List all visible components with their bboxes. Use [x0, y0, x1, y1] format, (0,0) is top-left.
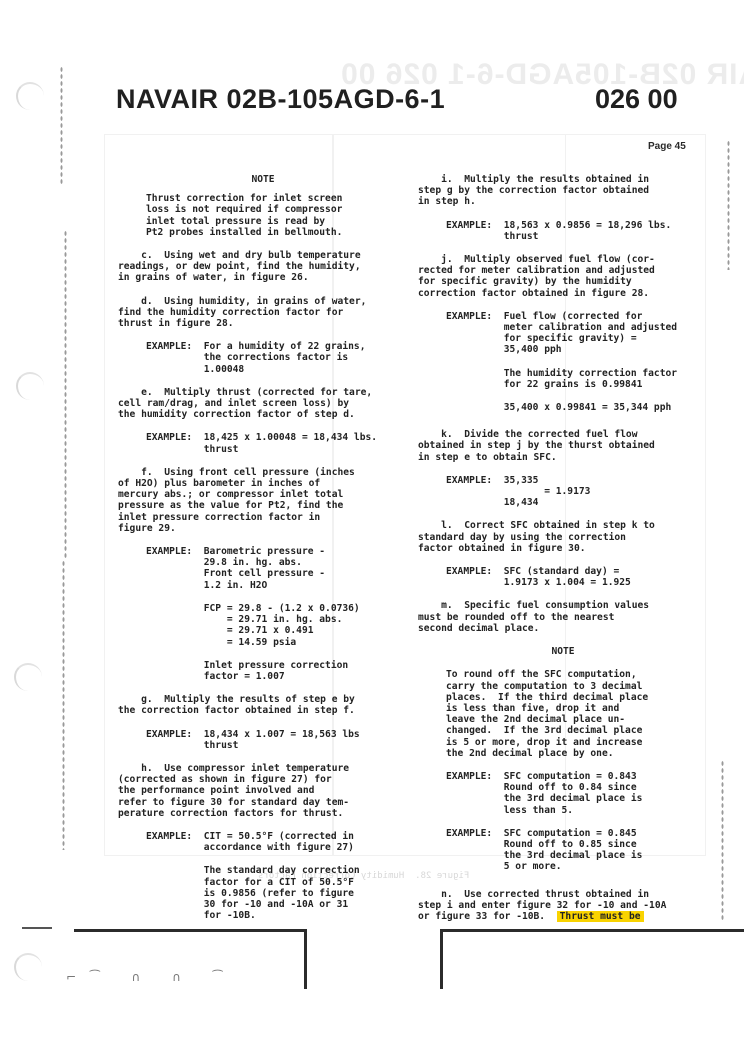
example-h-detail: The standard day correction factor for a… — [118, 865, 408, 921]
example-f-calculation: FCP = 29.8 - (1.2 x 0.0736) = 29.71 in. … — [118, 603, 408, 648]
scan-edge-specks-left — [60, 66, 63, 186]
scan-edge-specks-right — [727, 140, 730, 270]
example-l: EXAMPLE: SFC (standard day) = 1.9173 x 1… — [418, 566, 708, 588]
scan-frame-top-right — [440, 929, 744, 932]
step-c: c. Using wet and dry bulb temperature re… — [118, 250, 408, 284]
step-m: m. Specific fuel consumption values must… — [418, 600, 708, 634]
example-k: EXAMPLE: 35,335 = 1.9173 18,434 — [418, 475, 708, 509]
binder-hole-lower — [14, 663, 42, 691]
example-m1: EXAMPLE: SFC computation = 0.843 Round o… — [418, 771, 708, 816]
example-f-result: Inlet pressure correction factor = 1.007 — [118, 660, 408, 682]
example-j-calculation: 35,400 x 0.99841 = 35,344 pph — [418, 402, 708, 413]
note-body-2: To round off the SFC computation, carry … — [418, 669, 708, 759]
step-d: d. Using humidity, in grains of water, f… — [118, 296, 408, 330]
example-f: EXAMPLE: Barometric pressure - 29.8 in. … — [118, 546, 408, 591]
section-number: 026 00 — [595, 84, 678, 115]
step-f: f. Using front cell pressure (inches of … — [118, 467, 408, 534]
step-i: i. Multiply the results obtained in step… — [418, 174, 708, 208]
step-e: e. Multiply thrust (corrected for tare, … — [118, 387, 408, 421]
page-number: Page 45 — [648, 141, 686, 152]
right-column: i. Multiply the results obtained in step… — [418, 174, 708, 922]
step-n: n. Use corrected thrust obtained in step… — [418, 889, 708, 923]
example-m2: EXAMPLE: SFC computation = 0.845 Round o… — [418, 828, 708, 873]
note-title: NOTE — [118, 174, 408, 185]
step-j: j. Multiply observed fuel flow (cor- rec… — [418, 254, 708, 299]
example-h: EXAMPLE: CIT = 50.5°F (corrected in acco… — [118, 831, 408, 853]
scan-frame-vertical-right — [440, 929, 443, 989]
example-e: EXAMPLE: 18,425 x 1.00048 = 18,434 lbs. … — [118, 432, 408, 454]
example-g: EXAMPLE: 18,434 x 1.007 = 18,563 lbs thr… — [118, 729, 408, 751]
step-h: h. Use compressor inlet temperature (cor… — [118, 763, 408, 819]
binder-hole-middle — [16, 372, 44, 400]
left-column: NOTE Thrust correction for inlet screen … — [118, 174, 408, 921]
step-l: l. Correct SFC obtained in step k to sta… — [418, 520, 708, 554]
example-d: EXAMPLE: For a humidity of 22 grains, th… — [118, 341, 408, 375]
scan-edge-specks-left-2 — [64, 230, 67, 560]
example-i: EXAMPLE: 18,563 x 0.9856 = 18,296 lbs. t… — [418, 220, 708, 242]
step-g: g. Multiply the results of step e by the… — [118, 694, 408, 716]
binder-hole-bottom — [14, 953, 42, 981]
note-title-2: NOTE — [418, 646, 708, 657]
highlighted-text: Thrust must be — [557, 911, 644, 922]
bottom-text-fragment: ⌐⁀ ∩ ∩ ⁀ — [66, 970, 236, 984]
scan-frame-vertical-left — [304, 929, 307, 989]
note-body: Thrust correction for inlet screen loss … — [118, 193, 408, 238]
scan-fragment-mark — [22, 927, 52, 929]
example-j-factor: The humidity correction factor for 22 gr… — [418, 368, 708, 390]
scan-frame-top-left — [74, 929, 306, 932]
step-k: k. Divide the corrected fuel flow obtain… — [418, 429, 708, 463]
example-j: EXAMPLE: Fuel flow (corrected for meter … — [418, 311, 708, 356]
binder-hole-top — [16, 82, 44, 110]
scan-edge-specks-right-2 — [721, 760, 724, 920]
scan-edge-specks-left-3 — [62, 560, 65, 850]
document-header-title: NAVAIR 02B-105AGD-6-1 — [116, 84, 445, 115]
